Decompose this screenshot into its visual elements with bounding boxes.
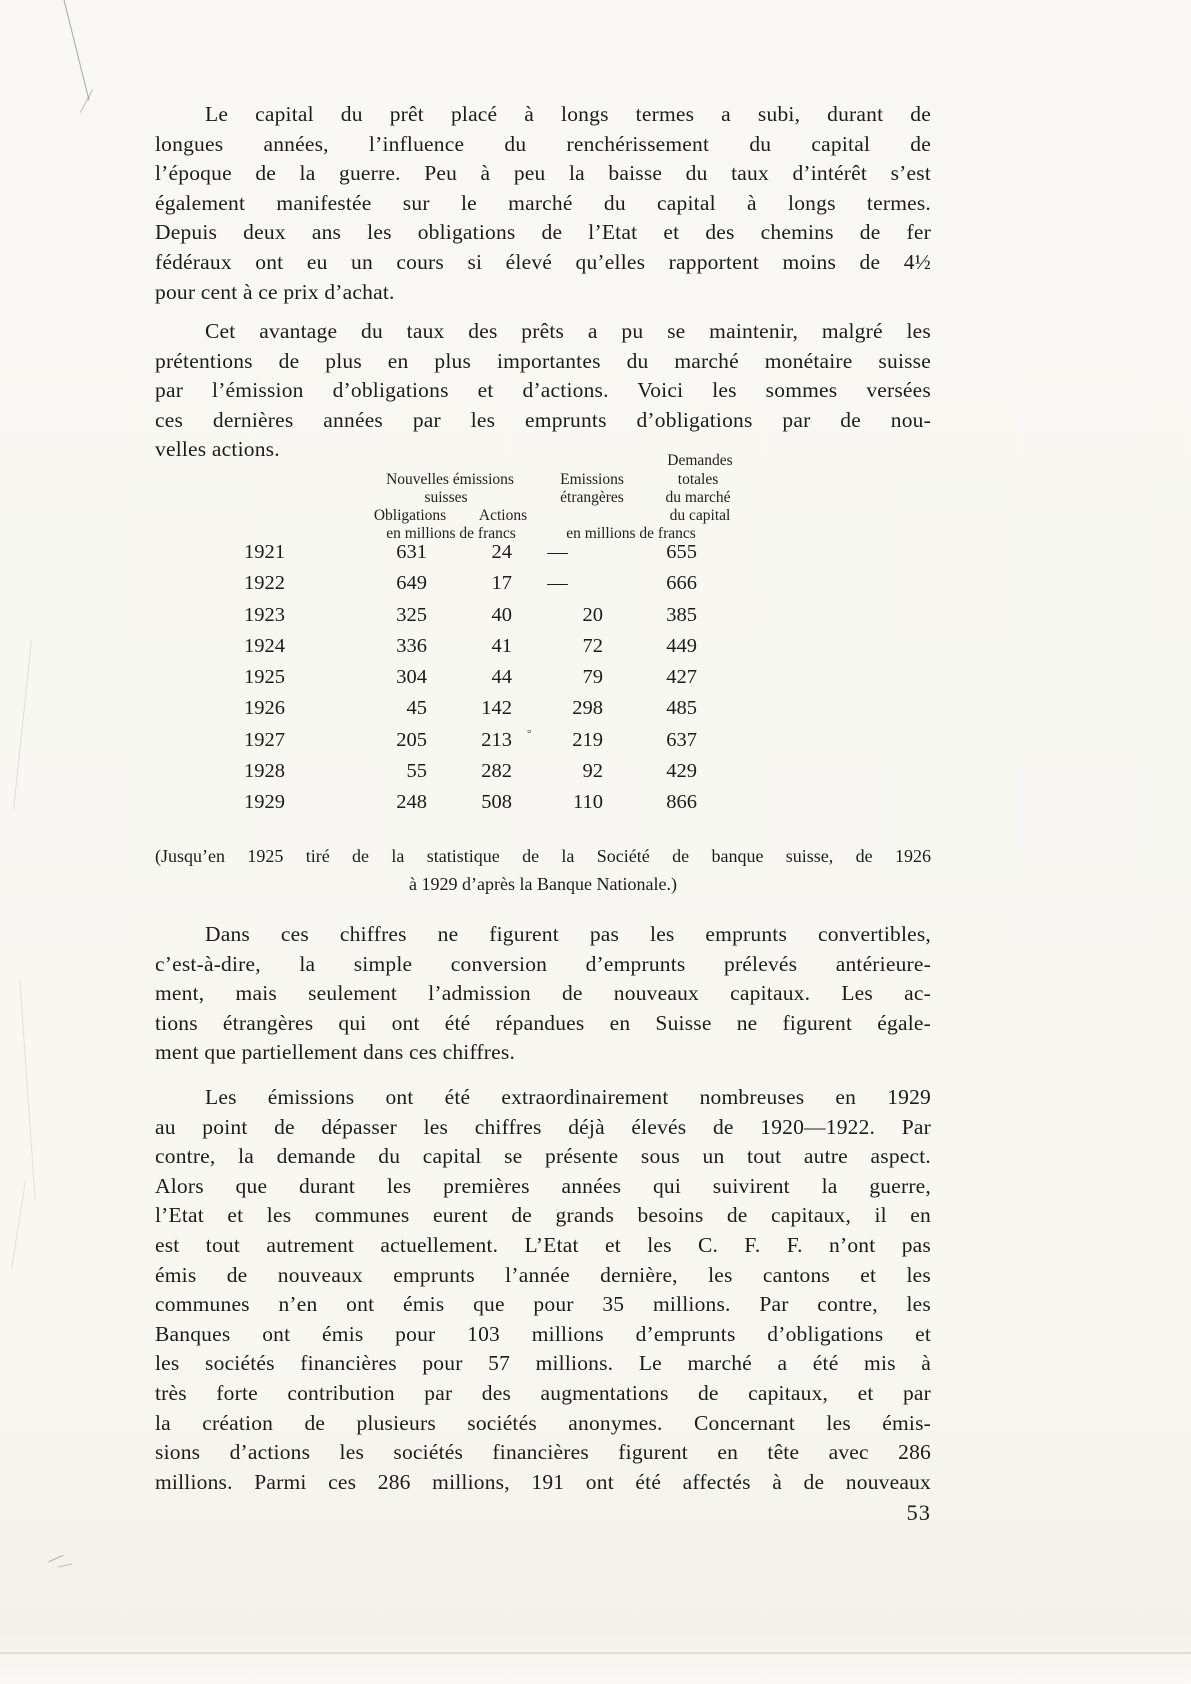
text-line: très forte contribution par des augmenta… bbox=[155, 1379, 931, 1409]
table-cell-obligations: 304 bbox=[305, 662, 427, 693]
text-line: l’Etat et les communes eurent de grands … bbox=[155, 1201, 931, 1231]
table-cell-demandes: 485 bbox=[603, 693, 697, 724]
header-suisses: suisses bbox=[424, 489, 467, 506]
table-row: 19233254020385 bbox=[155, 600, 931, 631]
table-row: 192163124—655 bbox=[155, 537, 931, 568]
header-demandes: Demandes bbox=[667, 452, 732, 469]
table-cell-actions: 508 bbox=[427, 787, 512, 818]
scan-artifact bbox=[80, 89, 93, 112]
print-speck: ° bbox=[527, 729, 531, 740]
table-cell-demandes: 429 bbox=[603, 756, 697, 787]
table-cell-etrangeres: 72 bbox=[512, 631, 603, 662]
text-line: ment que partiellement dans ces chiffres… bbox=[155, 1038, 931, 1068]
table-cell-demandes: 637 bbox=[603, 725, 697, 756]
text-line: Dans ces chiffres ne figurent pas les em… bbox=[155, 920, 931, 950]
header-obligations: Obligations bbox=[374, 507, 446, 524]
table-cell-year: 1921 bbox=[155, 537, 305, 568]
table-cell-year: 1926 bbox=[155, 693, 305, 724]
table-cell-year: 1927 bbox=[155, 725, 305, 756]
table-row: 1929248508110866 bbox=[155, 787, 931, 818]
table-cell-obligations: 649 bbox=[305, 568, 427, 599]
table-cell-year: 1923 bbox=[155, 600, 305, 631]
text-line: longues années, l’influence du renchéris… bbox=[155, 130, 931, 160]
text-line: Les émissions ont été extraordinairement… bbox=[155, 1083, 931, 1113]
text-line: est tout autrement actuellement. L’Etat … bbox=[155, 1231, 931, 1261]
table-cell-obligations: 45 bbox=[305, 693, 427, 724]
table-cell-demandes: 427 bbox=[603, 662, 697, 693]
scan-artifact bbox=[62, 0, 90, 101]
text-line: l’époque de la guerre. Peu à peu la bais… bbox=[155, 159, 931, 189]
table-cell-etrangeres: 20 bbox=[512, 600, 603, 631]
text-line: pour cent à ce prix d’achat. bbox=[155, 278, 931, 308]
text-line: fédéraux ont eu un cours si élevé qu’ell… bbox=[155, 248, 931, 278]
table-cell-obligations: 631 bbox=[305, 537, 427, 568]
table-header: Demandes Nouvelles émissions Emissions t… bbox=[155, 449, 931, 549]
paragraph-avantage-taux: Cet avantage du taux des prêts a pu se m… bbox=[155, 317, 931, 465]
scan-artifact bbox=[11, 1180, 26, 1269]
table-cell-demandes: 666 bbox=[603, 568, 697, 599]
header-etrangeres: étrangères bbox=[560, 489, 624, 506]
paragraph-emissions-1929: Les émissions ont été extraordinairement… bbox=[155, 1083, 931, 1497]
table-note: (Jusqu’en 1925 tiré de la statistique de… bbox=[155, 843, 931, 898]
text-line: Banques ont émis pour 103 millions d’emp… bbox=[155, 1320, 931, 1350]
text-line: émis de nouveaux emprunts l’année derniè… bbox=[155, 1261, 931, 1291]
text-block: Le capital du prêt placé à longs termes … bbox=[155, 0, 931, 1684]
table-row: 19253044479427 bbox=[155, 662, 931, 693]
table-cell-etrangeres: 110 bbox=[512, 787, 603, 818]
header-actions: Actions bbox=[479, 507, 527, 524]
table-cell-actions: 41 bbox=[427, 631, 512, 662]
table-cell-obligations: 205 bbox=[305, 725, 427, 756]
table-cell-obligations: 248 bbox=[305, 787, 427, 818]
table-cell-obligations: 325 bbox=[305, 600, 427, 631]
text-line: contre, la demande du capital se présent… bbox=[155, 1142, 931, 1172]
scan-artifact bbox=[13, 640, 32, 809]
table-cell-obligations: 55 bbox=[305, 756, 427, 787]
text-line: sions d’actions les sociétés financières… bbox=[155, 1438, 931, 1468]
text-line: prétentions de plus en plus importantes … bbox=[155, 347, 931, 377]
table-cell-demandes: 385 bbox=[603, 600, 697, 631]
text-line: ces dernières années par les emprunts d’… bbox=[155, 406, 931, 436]
text-line: ment, mais seulement l’admission de nouv… bbox=[155, 979, 931, 1009]
table-cell-actions: 17 bbox=[427, 568, 512, 599]
text-line: Cet avantage du taux des prêts a pu se m… bbox=[155, 317, 931, 347]
table-cell-etrangeres: 298 bbox=[512, 693, 603, 724]
text-line: c’est-à-dire, la simple conversion d’emp… bbox=[155, 950, 931, 980]
table-row: 19285528292429 bbox=[155, 756, 931, 787]
book-page: Le capital du prêt placé à longs termes … bbox=[0, 0, 1191, 1684]
table-cell-demandes: 866 bbox=[603, 787, 697, 818]
table-cell-demandes: 655 bbox=[603, 537, 697, 568]
table-cell-obligations: 336 bbox=[305, 631, 427, 662]
table-cell-etrangeres: 92 bbox=[512, 756, 603, 787]
text-line: Le capital du prêt placé à longs termes … bbox=[155, 100, 931, 130]
table-cell-year: 1929 bbox=[155, 787, 305, 818]
table-row: 192645142298485 bbox=[155, 693, 931, 724]
table-note-line: à 1929 d’après la Banque Nationale.) bbox=[155, 871, 931, 899]
table-cell-actions: 44 bbox=[427, 662, 512, 693]
text-line: au point de dépasser les chiffres déjà é… bbox=[155, 1113, 931, 1143]
scan-artifact bbox=[19, 980, 35, 1200]
text-line: Depuis deux ans les obligations de l’Eta… bbox=[155, 218, 931, 248]
paragraph-capital-pret: Le capital du prêt placé à longs termes … bbox=[155, 100, 931, 307]
header-emissions: Emissions bbox=[560, 471, 624, 488]
text-line: également manifestée sur le marché du ca… bbox=[155, 189, 931, 219]
scan-artifact bbox=[58, 1564, 72, 1568]
table-cell-etrangeres: 219 bbox=[512, 725, 603, 756]
table-cell-year: 1924 bbox=[155, 631, 305, 662]
table-body: 192163124—655192264917—66619233254020385… bbox=[155, 537, 931, 819]
table-cell-demandes: 449 bbox=[603, 631, 697, 662]
scan-artifact bbox=[48, 1555, 63, 1562]
table-cell-actions: 213 bbox=[427, 725, 512, 756]
header-nouvelles-emissions: Nouvelles émissions bbox=[386, 471, 514, 488]
header-du-capital: du capital bbox=[670, 507, 731, 524]
table-cell-year: 1928 bbox=[155, 756, 305, 787]
paragraph-chiffres-convertibles: Dans ces chiffres ne figurent pas les em… bbox=[155, 920, 931, 1068]
table-cell-year: 1922 bbox=[155, 568, 305, 599]
text-line: tions étrangères qui ont été répandues e… bbox=[155, 1009, 931, 1039]
text-line: communes n’en ont émis que pour 35 milli… bbox=[155, 1290, 931, 1320]
text-line: la création de plusieurs sociétés anonym… bbox=[155, 1409, 931, 1439]
table-row: 19243364172449 bbox=[155, 631, 931, 662]
table-cell-year: 1925 bbox=[155, 662, 305, 693]
table-row: 192264917—666 bbox=[155, 568, 931, 599]
text-line: par l’émission d’obligations et d’action… bbox=[155, 376, 931, 406]
header-du-marche: du marché bbox=[666, 489, 731, 506]
table-row: 1927205213219637° bbox=[155, 725, 931, 756]
text-line: les sociétés financières pour 57 million… bbox=[155, 1349, 931, 1379]
text-line: millions. Parmi ces 286 millions, 191 on… bbox=[155, 1468, 931, 1498]
text-line: Alors que durant les premières années qu… bbox=[155, 1172, 931, 1202]
table-cell-actions: 282 bbox=[427, 756, 512, 787]
table-cell-etrangeres: 79 bbox=[512, 662, 603, 693]
page-number: 53 bbox=[907, 1500, 932, 1526]
table-cell-actions: 142 bbox=[427, 693, 512, 724]
header-totales: totales bbox=[678, 471, 718, 488]
table-cell-etrangeres: — bbox=[512, 537, 603, 568]
table-cell-etrangeres: — bbox=[512, 568, 603, 599]
table-cell-actions: 24 bbox=[427, 537, 512, 568]
table-cell-actions: 40 bbox=[427, 600, 512, 631]
table-note-line: (Jusqu’en 1925 tiré de la statistique de… bbox=[155, 843, 931, 871]
